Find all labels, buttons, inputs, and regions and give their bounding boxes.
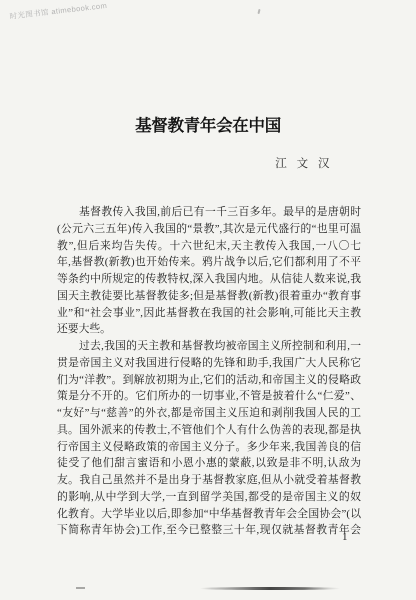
text-line: 化教育。大学毕业以后,即参加“中华基督教青年会全国协会”(以 [57, 506, 361, 523]
watermark-text: 时光图书馆 atimebook.com [9, 0, 108, 22]
text-line: 业”和“社会事业”,因此基督教在我国的社会影响,可能比天主教 [57, 305, 361, 322]
scan-smudge-dash [76, 587, 85, 589]
text-line: 友。我自己虽然并不是出身于基督教家庭,但从小就受着基督教 [57, 472, 361, 489]
text-line: 贯是帝国主义对我国进行侵略的先锋和助手,我国广大人民称它 [57, 355, 361, 372]
text-line: 过去,我国的天主教和基督教均被帝国主义所控制和利用,一 [57, 338, 361, 355]
scan-speck [257, 9, 260, 14]
text-line: 策是分不开的。它们所办的一切事业,不管是披着什么“仁爱”、 [57, 388, 361, 405]
text-line: 们为“洋教”。到解放初期为止,它们的活动,和帝国主义的侵略政 [57, 372, 361, 389]
page-number: 1 [342, 531, 348, 543]
text-line: 国天主教徒要比基督教徒多;但是基督教(新教)很着重办“教育事 [57, 288, 361, 305]
scanned-book-page: 时光图书馆 atimebook.com 基督教青年会在中国 江 文 汉 基督教传… [0, 0, 416, 600]
page-title: 基督教青年会在中国 [0, 112, 416, 136]
text-line: 具。国外派来的传教士,不管他们个人有什么伪善的表现,都是执 [57, 422, 361, 439]
text-line: 教”,但后来均告失传。十六世纪末,天主教传入我国,一八〇七 [57, 238, 361, 255]
text-line: 下简称青年协会)工作,至今已整整三十年,现仅就基督教青年会 [57, 522, 361, 539]
text-line: (公元六三五年)传入我国的“景教”,其次是元代盛行的“也里可温 [57, 221, 361, 238]
text-line: 基督教传入我国,前后已有一千三百多年。最早的是唐朝时 [57, 204, 361, 221]
author-name: 江 文 汉 [275, 155, 330, 171]
body-text: 基督教传入我国,前后已有一千三百多年。最早的是唐朝时(公元六三五年)传入我国的“… [57, 204, 361, 539]
text-line: 徒受了他们甜言蜜语和小恩小惠的蒙蔽,以致是非不明,认敌为 [57, 455, 361, 472]
text-line: 的影响,从中学到大学,一直到留学美国,都受的是帝国主义的奴 [57, 489, 361, 506]
text-line: “友好”与“慈善”的外衣,都是帝国主义压迫和剥削我国人民的工 [57, 405, 361, 422]
scan-smudge [200, 587, 340, 590]
text-line: 行帝国主义侵略政策的帝国主义分子。多少年来,我国善良的信 [57, 439, 361, 456]
text-line: 年,基督教(新教)也开始传来。鸦片战争以后,它们都利用了不平 [57, 254, 361, 271]
text-line: 还要大些。 [57, 321, 361, 338]
text-line: 等条约中所规定的传教特权,深入我国内地。从信徒人数来说,我 [57, 271, 361, 288]
